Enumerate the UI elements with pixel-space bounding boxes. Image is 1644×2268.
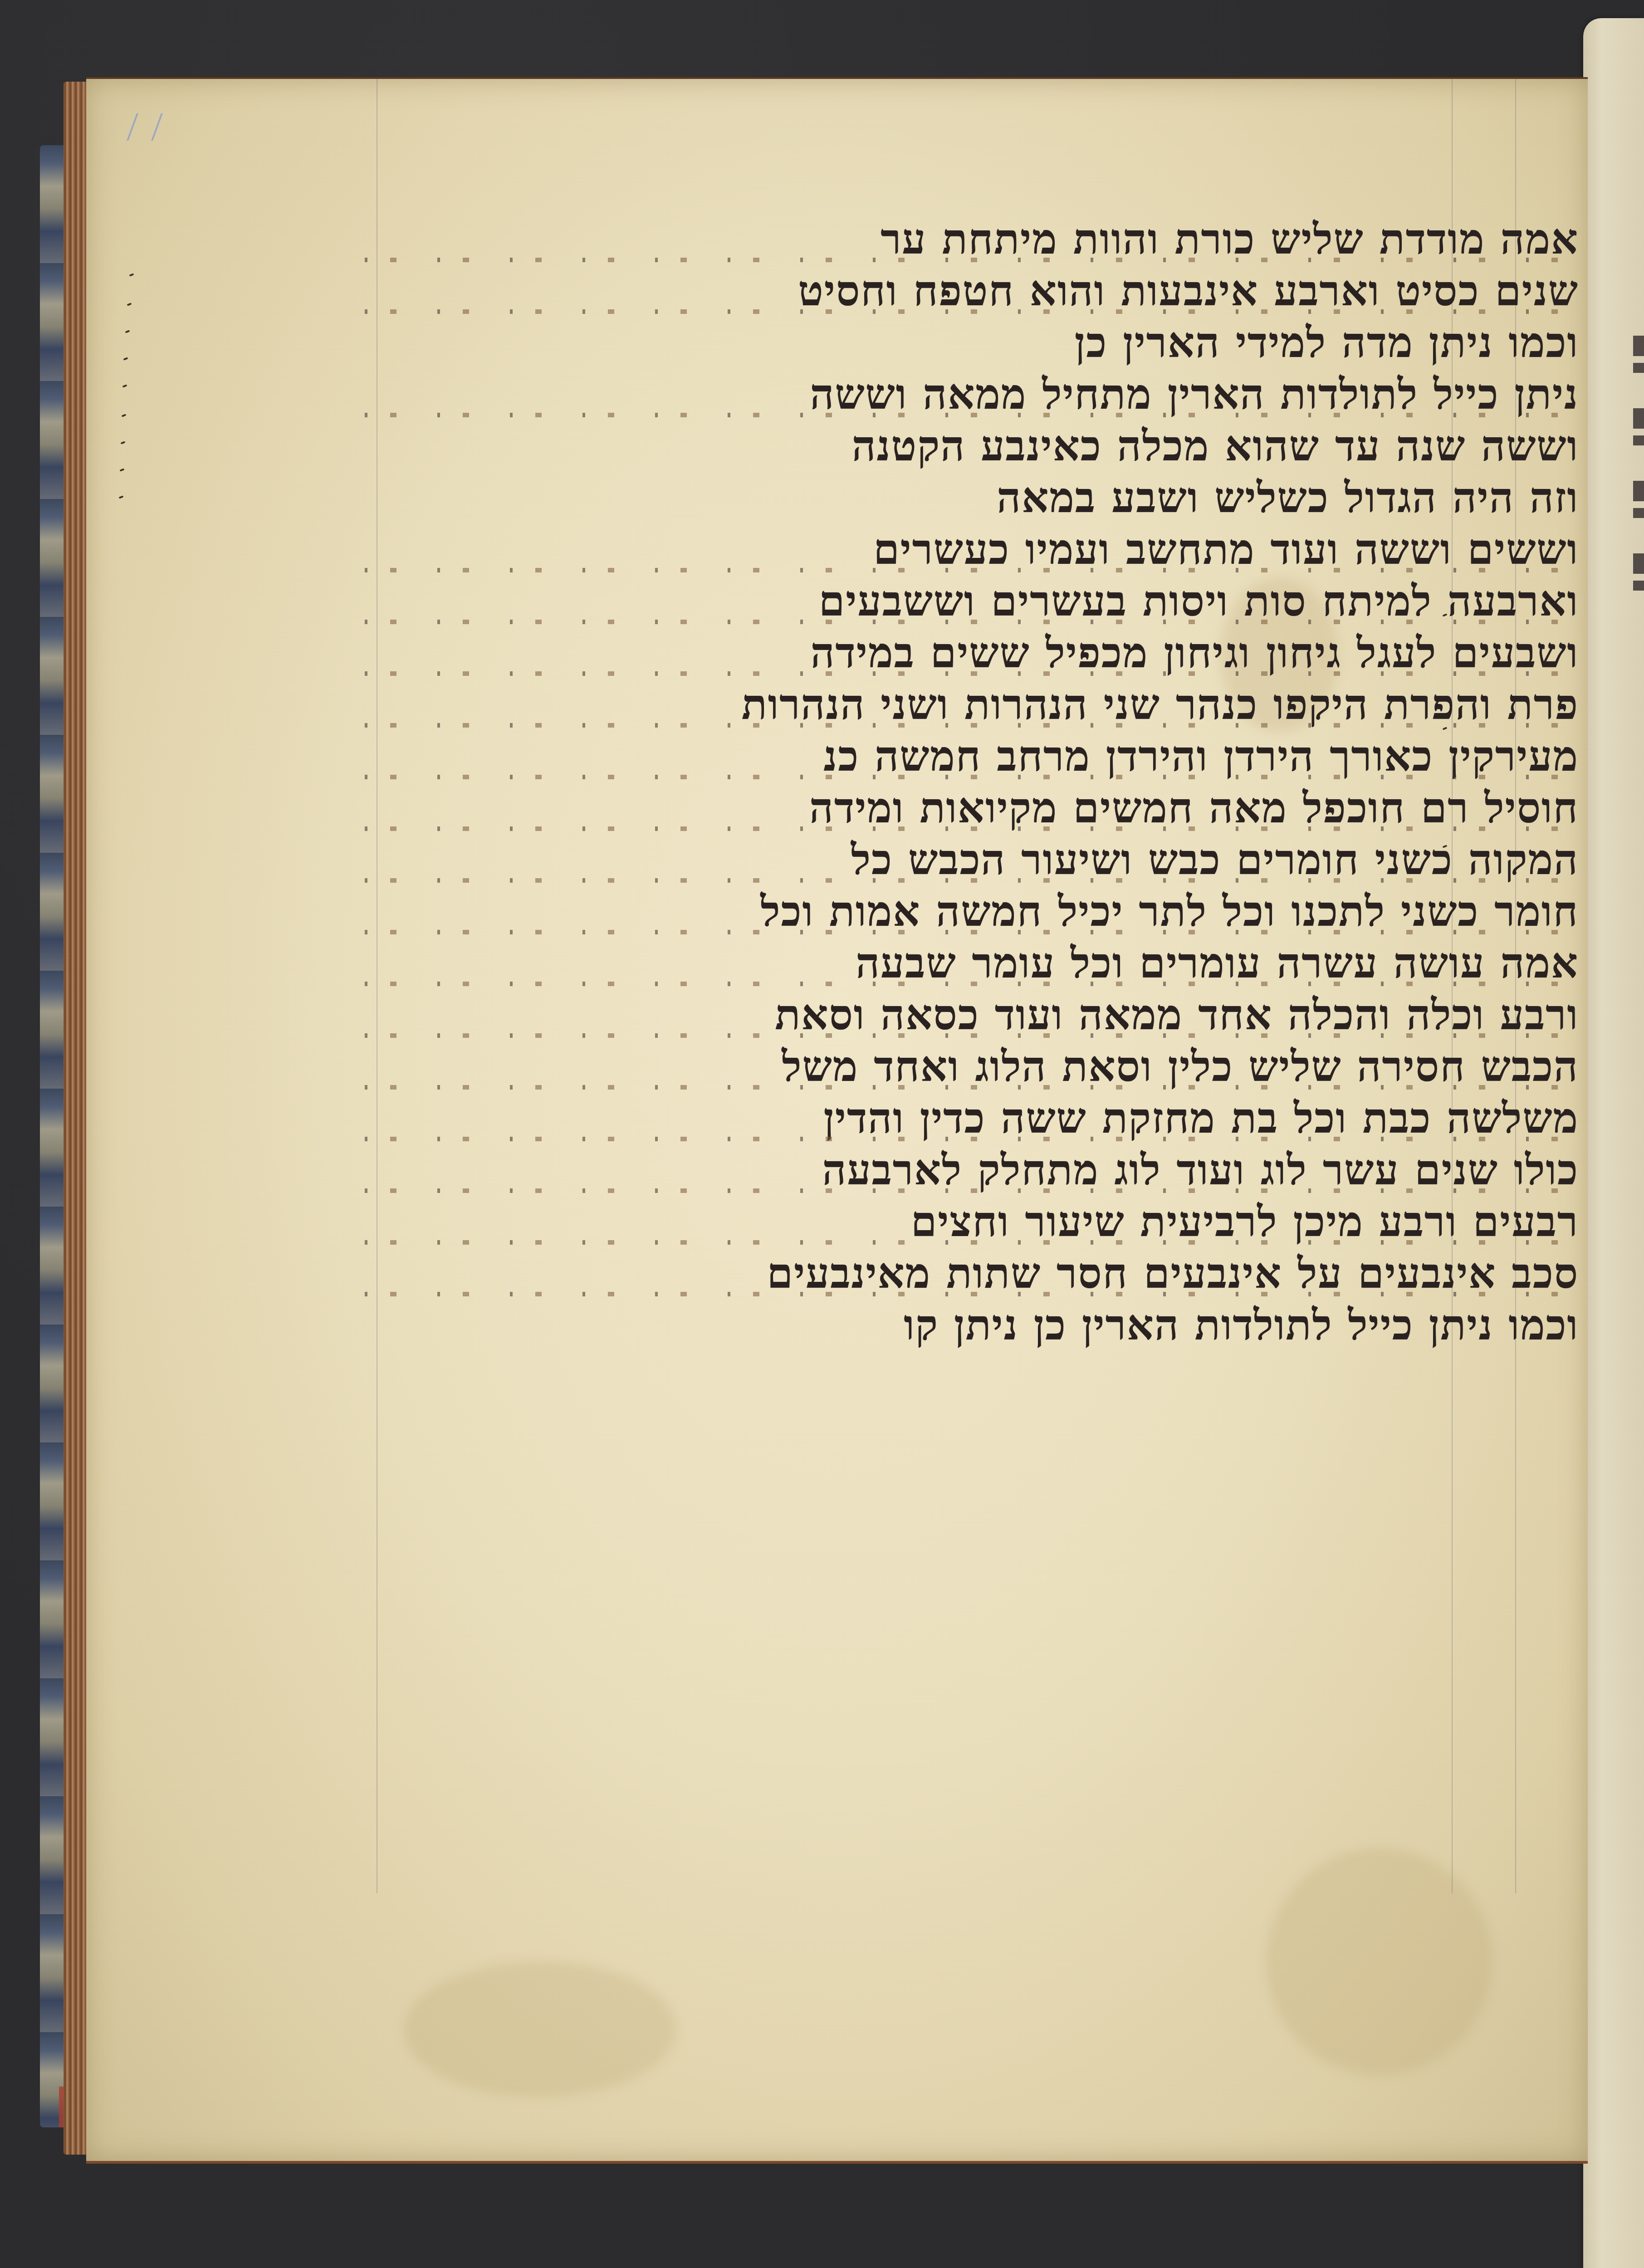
text-line-content: שנים כסיט וארבע אינבעות והוא חטפח וחסיט xyxy=(798,266,1579,315)
pricking-mark xyxy=(123,357,128,360)
text-line: ושבעים לעגל גיחון וגיחון מכפיל ששים במיד… xyxy=(354,627,1579,679)
vowel-points xyxy=(354,620,1579,624)
hebrew-text-block: אמה מודדת שליש כורת והוות מיתחת ער שנים … xyxy=(354,213,1579,1351)
text-line: הכבש חסירה שליש כלין וסאת הלוג ואחד משל xyxy=(354,1041,1579,1092)
text-line: שנים כסיט וארבע אינבעות והוא חטפח וחסיט xyxy=(354,265,1579,317)
text-line-content: חוסיל רם חוכפל מאה חמשים מקיואות ומידה xyxy=(809,783,1579,832)
text-line-content: וששים וששה ועוד מתחשב ועמיו כעשרים xyxy=(873,525,1579,574)
vowel-points xyxy=(354,568,1579,572)
vowel-points xyxy=(354,878,1579,883)
text-line: אמה מודדת שליש כורת והוות מיתחת ער xyxy=(354,213,1579,265)
text-line: פרת והפרת היקפו כנהר שני הנהרות ושני הנה… xyxy=(354,679,1579,730)
pricking-mark xyxy=(125,330,130,333)
text-line-content: חומר כשני לתכנו וכל לתר יכיל חמשה אמות ו… xyxy=(760,887,1579,936)
text-line: ורבע וכלה והכלה אחד ממאה ועוד כסאה וסאת xyxy=(354,989,1579,1041)
text-line: חומר כשני לתכנו וכל לתר יכיל חמשה אמות ו… xyxy=(354,885,1579,937)
vowel-points xyxy=(354,413,1579,417)
text-line: משלשה כבת וכל בת מחזקת ששה כדין והדין xyxy=(354,1092,1579,1144)
vowel-points xyxy=(354,723,1579,728)
text-line: וארבעה למיתח סות ויסות בעשרים וששבעים xyxy=(354,575,1579,627)
pricking-mark xyxy=(122,384,127,387)
vowel-points xyxy=(354,982,1579,986)
text-line-content: המקוה כשני חומרים כבש ושיעור הכבש כל xyxy=(851,835,1579,884)
text-line-content: כולו שנים עשר לוג ועוד לוג מתחלק לארבעה xyxy=(822,1145,1579,1194)
vowel-points xyxy=(354,930,1579,934)
pricking-mark xyxy=(122,414,127,417)
text-line: וששים וששה ועוד מתחשב ועמיו כעשרים xyxy=(354,523,1579,575)
text-line: חוסיל רם חוכפל מאה חמשים מקיואות ומידה xyxy=(354,782,1579,834)
vowel-points xyxy=(354,1137,1579,1141)
text-line: מעירקין כאורך הירדן והירדן מרחב חמשה כנ xyxy=(354,730,1579,782)
text-line-content: וששה שנה עד שהוא מכלה כאינבע הקטנה xyxy=(852,421,1579,470)
text-line-content: וזה היה הגדול כשליש ושבע במאה xyxy=(997,473,1579,522)
text-line: סכב אינבעים על אינבעים חסר שתות מאינבעים xyxy=(354,1247,1579,1299)
text-line-content: אמה מודדת שליש כורת והוות מיתחת ער xyxy=(881,215,1579,264)
stain xyxy=(404,1961,676,2097)
vowel-points xyxy=(354,775,1579,779)
text-line-content: משלשה כבת וכל בת מחזקת ששה כדין והדין xyxy=(823,1094,1579,1143)
pricking-mark xyxy=(127,303,132,306)
vowel-points xyxy=(354,1033,1579,1038)
text-line-content: וכמו ניתן מדה למידי הארין כן xyxy=(1075,318,1579,367)
text-line: המקוה כשני חומרים כבש ושיעור הכבש כל xyxy=(354,834,1579,885)
text-line: וכמו ניתן מדה למידי הארין כן xyxy=(354,317,1579,368)
vowel-points xyxy=(354,671,1579,676)
facing-page xyxy=(1583,18,1644,2268)
vowel-points xyxy=(354,1292,1579,1296)
text-line-content: רבעים ורבע מיכן לרביעית שיעור וחצים xyxy=(911,1197,1579,1246)
vowel-points xyxy=(354,1188,1579,1193)
text-line-content: ורבע וכלה והכלה אחד ממאה ועוד כסאה וסאת xyxy=(775,990,1579,1039)
book-binding xyxy=(40,145,67,2127)
text-line-content: פרת והפרת היקפו כנהר שני הנהרות ושני הנה… xyxy=(742,680,1579,729)
pricking-mark xyxy=(119,495,124,499)
vowel-points xyxy=(354,309,1579,314)
facing-page-glyph xyxy=(1633,336,1644,404)
text-line: וכמו ניתן כייל לתולדות הארין כן ניתן קו xyxy=(354,1299,1579,1351)
text-line: וששה שנה עד שהוא מכלה כאינבע הקטנה xyxy=(354,420,1579,472)
text-line-content: סכב אינבעים על אינבעים חסר שתות מאינבעים xyxy=(767,1249,1579,1298)
vowel-points xyxy=(354,1085,1579,1090)
text-line-content: אמה עושה עשרה עומרים וכל עומר שבעה xyxy=(856,938,1579,987)
text-line-content: מעירקין כאורך הירדן והירדן מרחב חמשה כנ xyxy=(823,732,1579,781)
facing-page-glyph xyxy=(1633,553,1644,621)
text-line-content: וכמו ניתן כייל לתולדות הארין כן ניתן קו xyxy=(904,1300,1579,1349)
text-line-content: ניתן כייל לתולדות הארין מתחיל ממאה וששה xyxy=(810,370,1579,419)
text-line: רבעים ורבע מיכן לרביעית שיעור וחצים xyxy=(354,1196,1579,1247)
stain xyxy=(1266,1848,1492,2075)
text-line-content: ושבעים לעגל גיחון וגיחון מכפיל ששים במיד… xyxy=(811,628,1579,677)
text-line-content: הכבש חסירה שליש כלין וסאת הלוג ואחד משל xyxy=(782,1042,1579,1091)
text-line: ניתן כייל לתולדות הארין מתחיל ממאה וששה xyxy=(354,368,1579,420)
text-line: אמה עושה עשרה עומרים וכל עומר שבעה xyxy=(354,937,1579,989)
text-line: כולו שנים עשר לוג ועוד לוג מתחלק לארבעה xyxy=(354,1144,1579,1196)
facing-page-glyph xyxy=(1633,408,1644,476)
facing-page-glyph xyxy=(1633,481,1644,549)
pricking-mark xyxy=(121,441,126,444)
text-line-content: וארבעה למיתח סות ויסות בעשרים וששבעים xyxy=(819,577,1579,626)
vowel-points xyxy=(354,258,1579,262)
vowel-points xyxy=(354,826,1579,831)
vowel-points xyxy=(354,1240,1579,1245)
pricking-mark xyxy=(129,273,134,276)
text-line: וזה היה הגדול כשליש ושבע במאה xyxy=(354,472,1579,523)
pricking-mark xyxy=(120,468,125,471)
